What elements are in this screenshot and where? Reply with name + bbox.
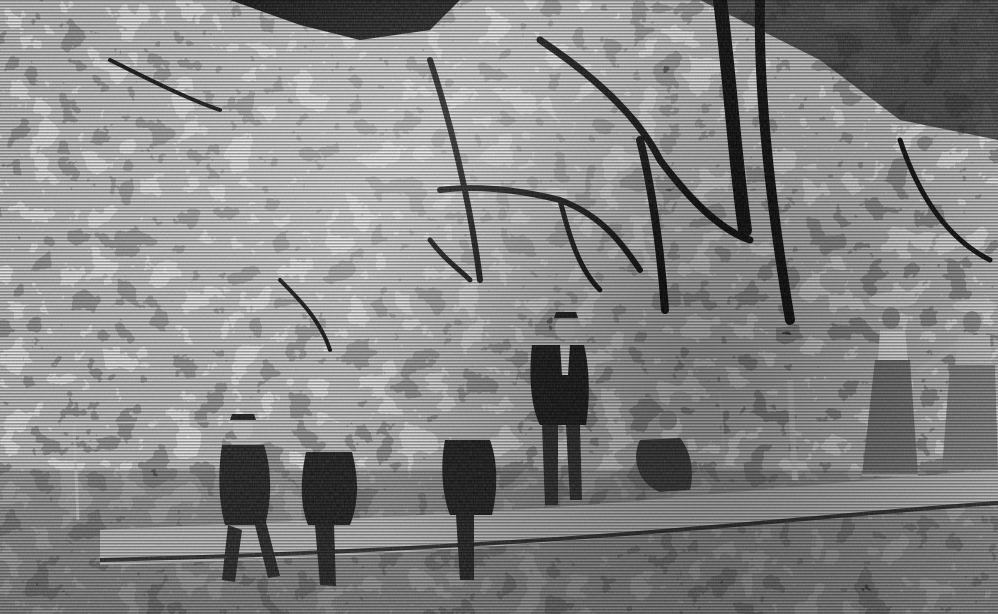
woodland-scene — [0, 0, 998, 614]
vintage-photograph — [0, 0, 998, 614]
